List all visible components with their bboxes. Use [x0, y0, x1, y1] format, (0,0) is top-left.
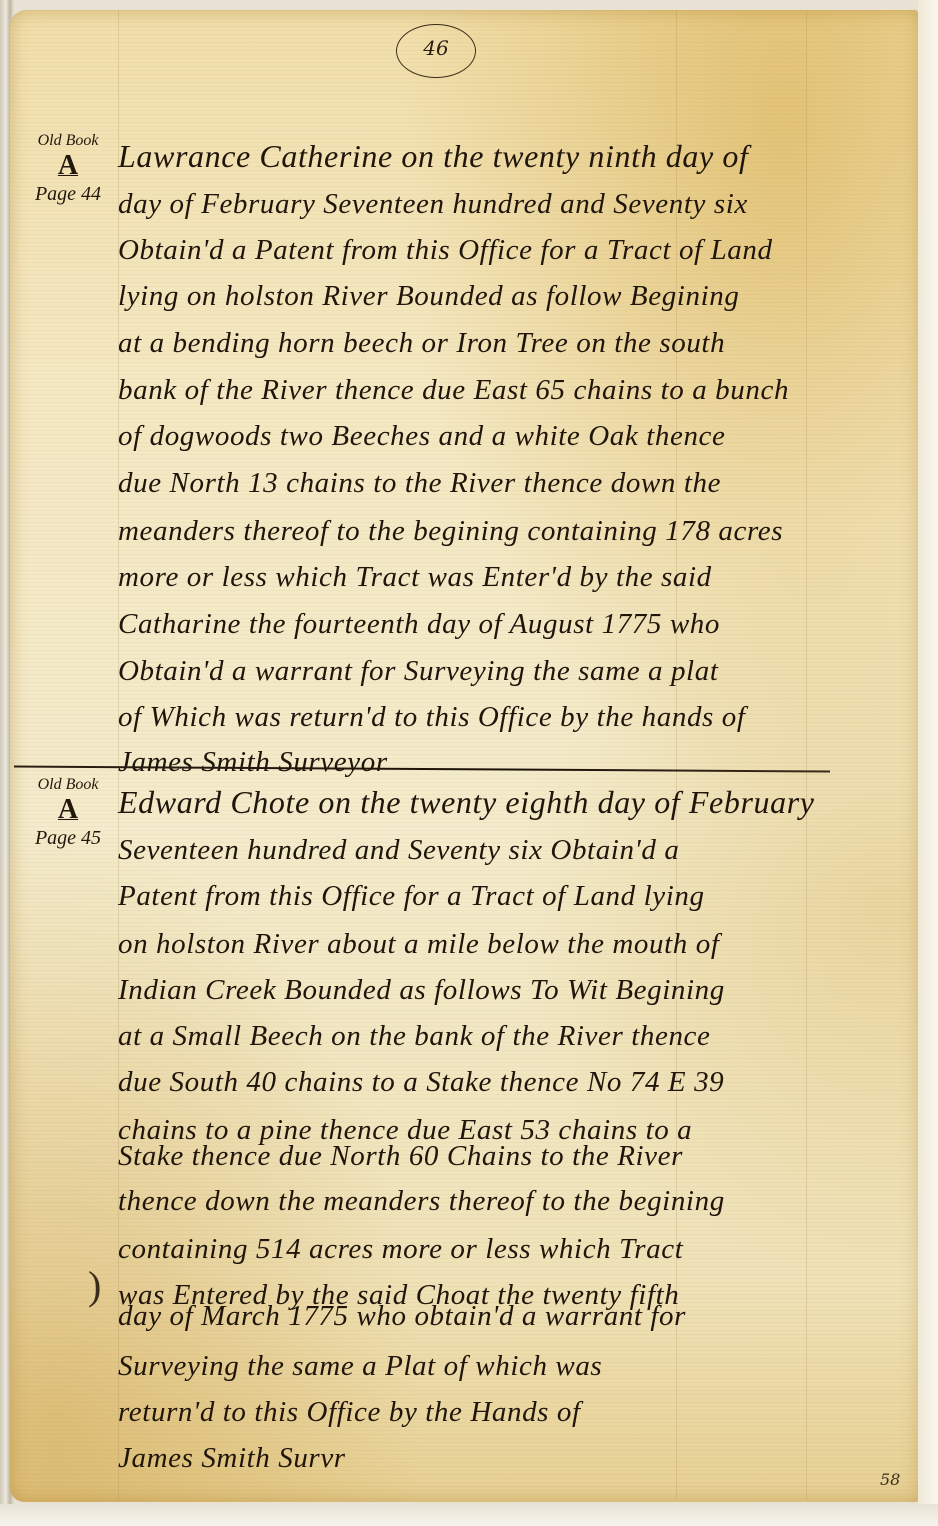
entry-line: at a bending horn beech or Iron Tree on …	[118, 327, 888, 360]
entry-line: Patent from this Office for a Tract of L…	[118, 880, 888, 913]
entry-line: Obtain'd a warrant for Surveying the sam…	[118, 655, 888, 688]
entry-line: due South 40 chains to a Stake thence No…	[118, 1066, 888, 1099]
entry-line: Lawrance Catherine on the twenty ninth d…	[118, 138, 888, 175]
entry-line: day of March 1775 who obtain'd a warrant…	[118, 1300, 888, 1333]
margin-label: Old Book	[18, 776, 118, 794]
margin-bracket-mark: )	[88, 1262, 101, 1309]
margin-reference-2: Old Book A Page 45	[18, 776, 118, 850]
entry-line: more or less which Tract was Enter'd by …	[118, 561, 888, 594]
entry-line: day of February Seventeen hundred and Se…	[118, 188, 888, 221]
page-edge-right	[918, 0, 938, 1526]
margin-label: Old Book	[18, 132, 118, 150]
entry-line: Seventeen hundred and Seventy six Obtain…	[118, 834, 888, 867]
entry-line: due North 13 chains to the River thence …	[118, 467, 888, 500]
entry-line: containing 514 acres more or less which …	[118, 1233, 888, 1266]
entry-line: on holston River about a mile below the …	[118, 928, 888, 961]
entry-line: lying on holston River Bounded as follow…	[118, 280, 888, 313]
page-edge-bottom	[0, 1504, 938, 1526]
entry-line: Edward Chote on the twenty eighth day of…	[118, 784, 888, 821]
margin-reference-1: Old Book A Page 44	[18, 132, 118, 206]
entry-line: at a Small Beech on the bank of the Rive…	[118, 1020, 888, 1053]
entry-line: bank of the River thence due East 65 cha…	[118, 374, 888, 407]
entry-line: return'd to this Office by the Hands of	[118, 1396, 888, 1429]
page-number: 46	[416, 36, 456, 60]
margin-book: A	[18, 150, 118, 182]
entry-line: James Smith Survr	[118, 1442, 888, 1475]
entry-line: James Smith Surveyor	[118, 746, 888, 779]
entry-line: Obtain'd a Patent from this Office for a…	[118, 234, 888, 267]
margin-page: Page 45	[18, 827, 118, 850]
entry-line: Stake thence due North 60 Chains to the …	[118, 1140, 888, 1173]
entry-line: Catharine the fourteenth day of August 1…	[118, 608, 888, 641]
margin-book: A	[18, 794, 118, 826]
folio-number: 58	[880, 1470, 900, 1489]
entry-line: of dogwoods two Beeches and a white Oak …	[118, 420, 888, 453]
entry-line: Indian Creek Bounded as follows To Wit B…	[118, 974, 888, 1007]
entry-line: meanders thereof to the begining contain…	[118, 515, 888, 548]
entry-line: thence down the meanders thereof to the …	[118, 1185, 888, 1218]
margin-page: Page 44	[18, 183, 118, 206]
entry-line: Surveying the same a Plat of which was	[118, 1350, 888, 1383]
entry-line: of Which was return'd to this Office by …	[118, 701, 888, 734]
